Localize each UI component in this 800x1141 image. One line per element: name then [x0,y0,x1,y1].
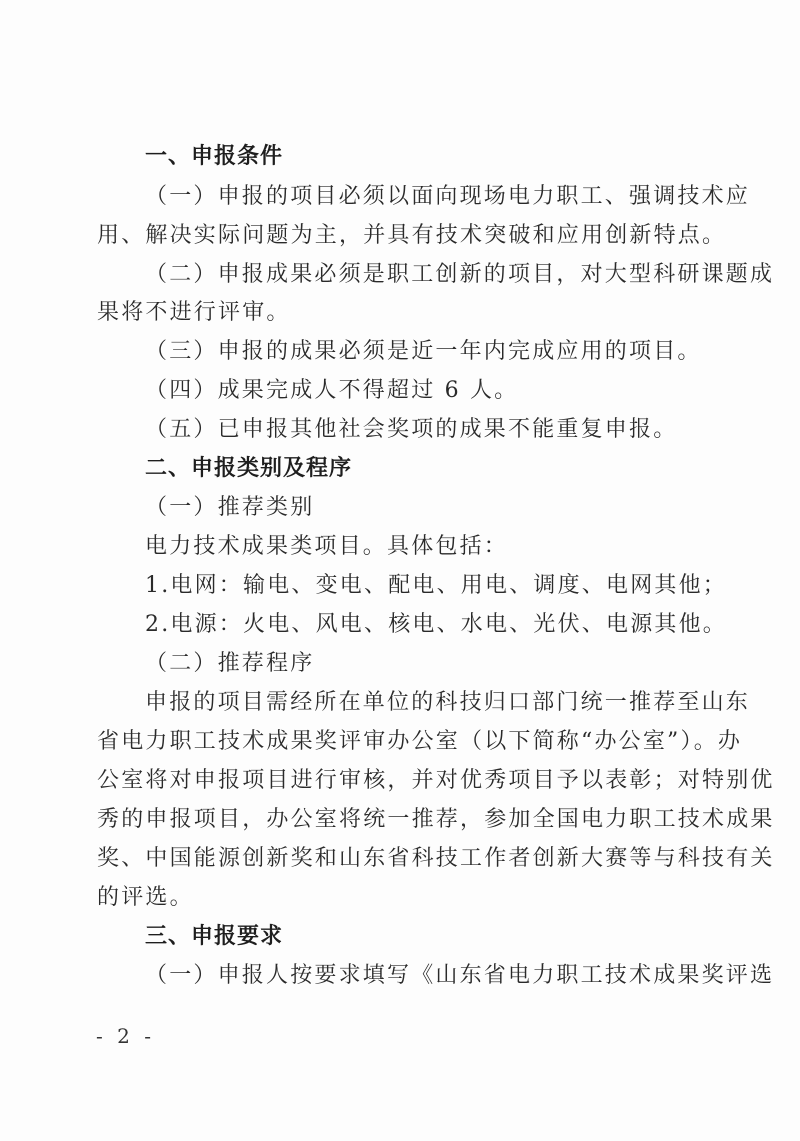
paragraph-line: 申报的项目需经所在单位的科技归口部门统一推荐至山东 [145,688,703,718]
paragraph-line: 公室将对申报项目进行审核，并对优秀项目予以表彰；对特别优 [97,766,703,796]
list-item: 2.电源：火电、风电、核电、水电、光伏、电源其他。 [145,610,703,640]
subsection-heading: （一）推荐类别 [145,493,703,523]
paragraph-line: （二）申报成果必须是职工创新的项目，对大型科研课题成 [145,260,703,290]
paragraph-line: 省电力职工技术成果奖评审办公室（以下简称“办公室”）。办 [97,727,703,757]
section-heading-2: 二、申报类别及程序 [145,454,703,484]
paragraph-line: 秀的申报项目，办公室将统一推荐，参加全国电力职工技术成果 [97,805,703,835]
paragraph-line: 奖、中国能源创新奖和山东省科技工作者创新大赛等与科技有关 [97,844,703,874]
paragraph-line: 电力技术成果类项目。具体包括： [145,532,703,562]
section-heading-3: 三、申报要求 [145,922,703,952]
section-heading-1: 一、申报条件 [145,142,703,172]
paragraph-line: （三）申报的成果必须是近一年内完成应用的项目。 [145,337,703,367]
paragraph-line: 用、解决实际问题为主，并具有技术突破和应用创新特点。 [97,221,703,251]
page-number: - 2 - [96,1024,155,1048]
paragraph-line: （一）申报人按要求填写《山东省电力职工技术成果奖评选 [145,961,703,991]
list-item: 1.电网：输电、变电、配电、用电、调度、电网其他； [145,571,703,601]
paragraph-line: （四）成果完成人不得超过 6 人。 [145,376,703,406]
paragraph-line: （一）申报的项目必须以面向现场电力职工、强调技术应 [145,182,703,212]
subsection-heading: （二）推荐程序 [145,649,703,679]
paragraph-line: （五）已申报其他社会奖项的成果不能重复申报。 [145,415,703,445]
paragraph-line: 的评选。 [97,883,703,913]
paragraph-line: 果将不进行评审。 [97,298,703,328]
document-page: 一、申报条件 （一）申报的项目必须以面向现场电力职工、强调技术应 用、解决实际问… [0,0,800,1141]
